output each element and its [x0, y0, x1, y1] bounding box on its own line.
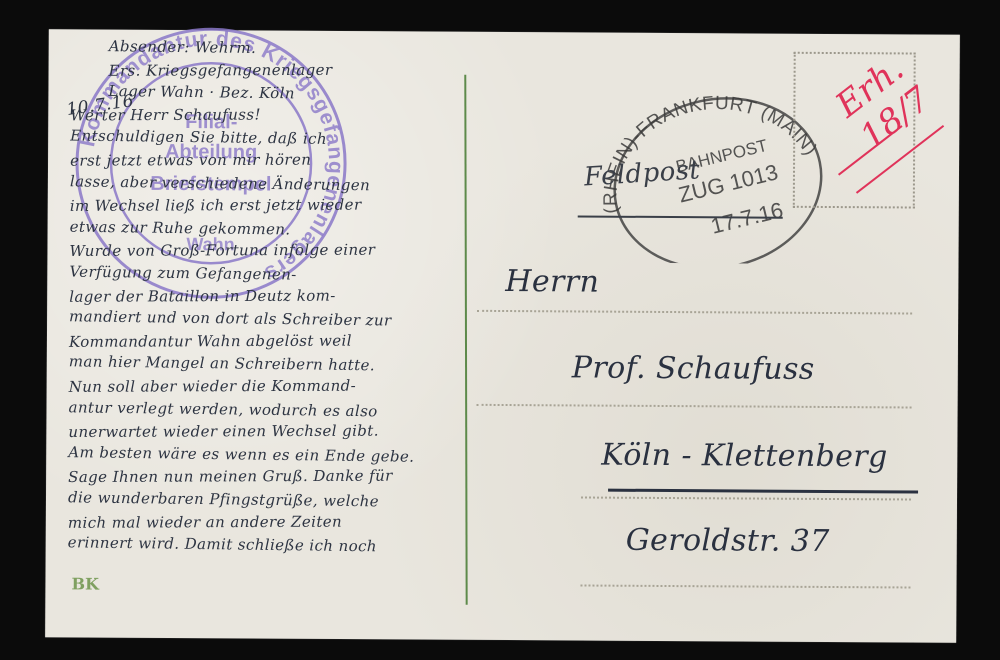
address-line-3 [581, 496, 911, 500]
message-line: die wunderbaren Pfingstgrüße, welche [68, 488, 379, 510]
message-line: Absender: Wehrm. [109, 37, 257, 57]
message-line: mandiert und von dort als Schreiber zur [69, 307, 392, 329]
message-line: erst jetzt etwas von mir hören [70, 151, 311, 170]
message-line: unerwartet wieder einen Wechsel gibt. [68, 422, 379, 441]
message-line: lasse, aber verschiedene Änderungen [70, 172, 370, 194]
message-line: Werter Herr Schaufuss! [70, 105, 261, 124]
address-city: Köln - Klettenberg [601, 438, 888, 475]
message-line: Am besten wäre es wenn es ein Ende gebe. [68, 443, 414, 466]
message-line: man hier Mangel an Schreibern hatte. [69, 353, 375, 375]
message-line: antur verlegt werden, wodurch es also [68, 398, 377, 420]
address-line-4 [580, 584, 910, 588]
message-line: Nun soll aber wieder die Kommand- [69, 377, 356, 396]
message-line: Sage Ihnen nun meinen Gruß. Danke für [68, 467, 393, 486]
margin-mark: BK [71, 574, 99, 593]
address-street: Geroldstr. 37 [626, 523, 830, 559]
address-salutation: Herrn [505, 264, 599, 300]
postcard-back: Kommandantur des Kriegsgefangenenlagers … [45, 29, 960, 643]
address-line-1 [477, 310, 912, 315]
address-city-underline [608, 489, 918, 494]
address-line-2 [477, 404, 912, 409]
message-line: Kommandantur Wahn abgelöst weil [69, 331, 352, 350]
message-line: Ers. Kriegsgefangenenlager [109, 60, 333, 79]
message-line: lager der Bataillon in Deutz kom- [69, 286, 336, 305]
message-line: Wurde von Groß-Fortuna infolge einer [69, 241, 375, 260]
message-line: Verfügung zum Gefangenen- [69, 263, 297, 284]
divider-line [464, 75, 467, 605]
message-line: im Wechsel ließ ich erst jetzt wieder [70, 196, 362, 215]
message-line: mich mal wieder an andere Zeiten [68, 512, 342, 531]
address-name: Prof. Schaufuss [572, 350, 815, 386]
message-line: erinnert wird. Damit schließe ich noch [68, 533, 377, 555]
message-line: etwas zur Ruhe gekommen. [70, 217, 291, 238]
message-line: Lager Wahn · Bez. Köln [108, 82, 295, 102]
